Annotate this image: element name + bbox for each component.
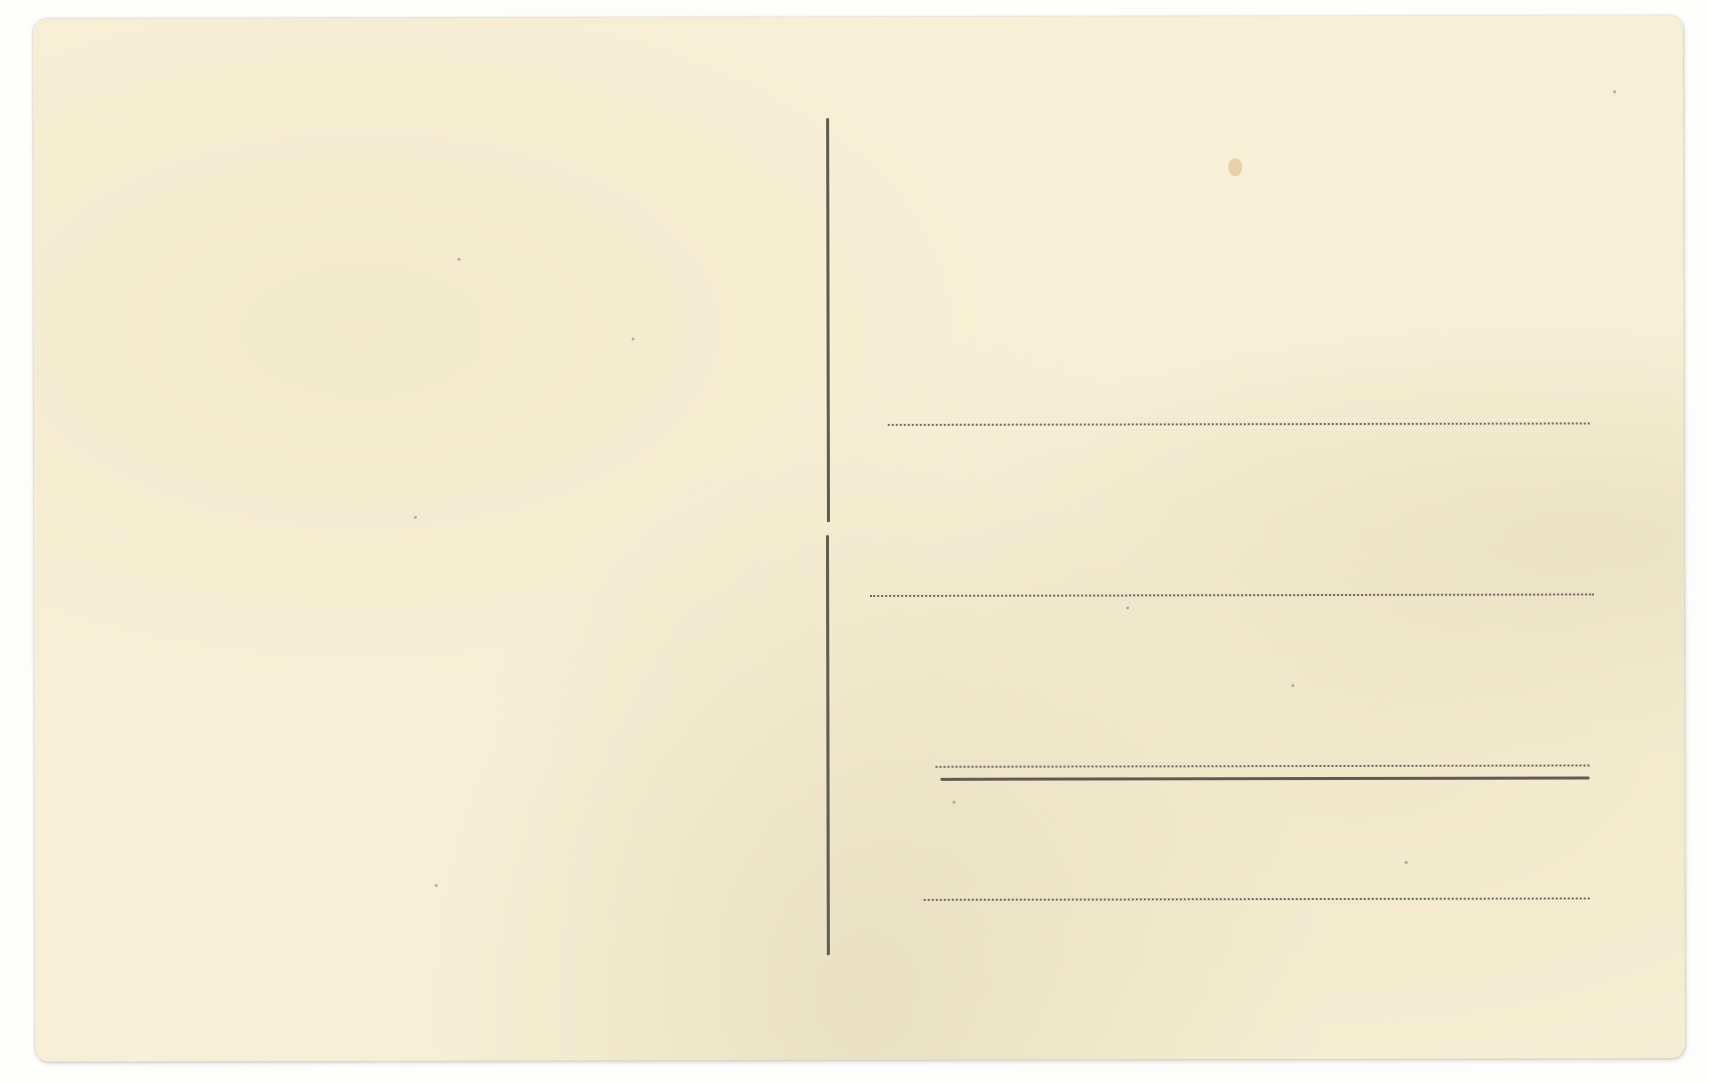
address-underline xyxy=(941,776,1590,780)
paper-speck xyxy=(1291,684,1294,687)
postcard-back xyxy=(33,15,1685,1061)
paper-speck xyxy=(632,337,635,340)
scene xyxy=(0,0,1709,1084)
center-divider-bottom xyxy=(826,535,830,955)
address-line-2 xyxy=(870,593,1594,597)
paper-speck xyxy=(1405,861,1408,864)
paper-speck xyxy=(953,801,956,804)
center-divider-top xyxy=(826,118,830,522)
address-line-1 xyxy=(888,422,1590,425)
address-line-3 xyxy=(935,764,1589,767)
paper-speck xyxy=(1613,90,1616,93)
paper-stain xyxy=(1228,158,1242,176)
paper-speck xyxy=(414,516,417,519)
paper-speck xyxy=(1126,606,1129,609)
paper-speck xyxy=(435,884,438,887)
paper-speck xyxy=(457,258,460,261)
address-line-4 xyxy=(924,897,1590,900)
